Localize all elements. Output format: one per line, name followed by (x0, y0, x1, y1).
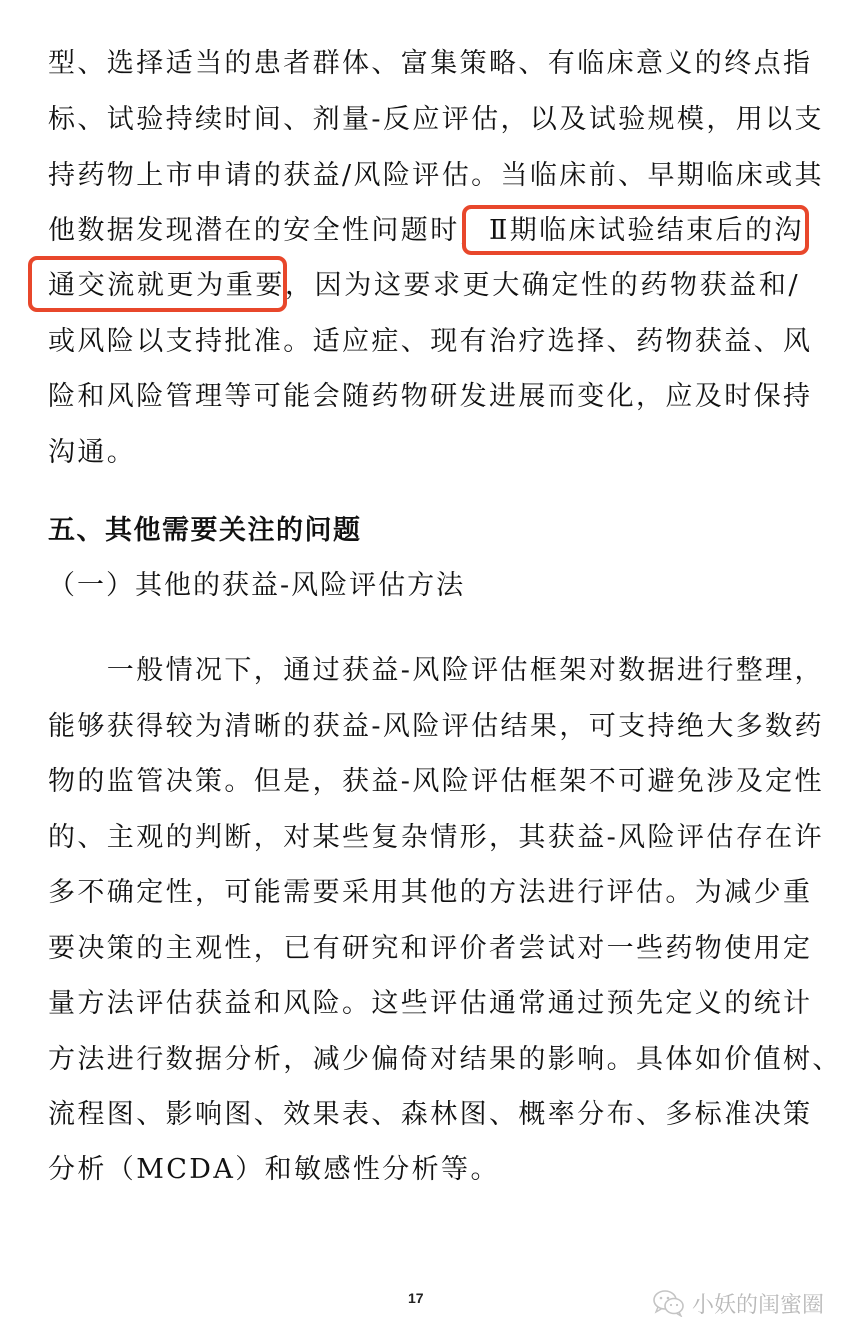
body-text-line: 通交流就更为重要，因为这要求更大确定性的药物获益和/ (48, 266, 800, 306)
body-text-line: 标、试验持续时间、剂量-反应评估，以及试验规模，用以支 (48, 100, 800, 140)
body-text-line: 物的监管决策。但是，获益-风险评估框架不可避免涉及定性 (48, 762, 800, 802)
page-number: 17 (408, 1290, 424, 1306)
body-text-line: 他数据发现潜在的安全性问题时，Ⅱ期临床试验结束后的沟 (48, 211, 800, 251)
body-text-line: 持药物上市申请的获益/风险评估。当临床前、早期临床或其 (48, 156, 800, 196)
section-heading: 五、其他需要关注的问题 (48, 511, 362, 551)
body-text-line: 的、主观的判断，对某些复杂情形，其获益-风险评估存在许 (48, 818, 800, 858)
body-text-line: 分析（MCDA）和敏感性分析等。 (48, 1150, 800, 1190)
subsection-heading: （一）其他的获益-风险评估方法 (48, 566, 465, 606)
watermark: 小妖的闺蜜圈 (652, 1288, 824, 1318)
body-text-line: 型、选择适当的患者群体、富集策略、有临床意义的终点指 (48, 44, 800, 84)
body-text-line: 或风险以支持批准。适应症、现有治疗选择、药物获益、风 (48, 322, 800, 362)
body-text-line: 多不确定性，可能需要采用其他的方法进行评估。为减少重 (48, 873, 800, 913)
body-text-line: 要决策的主观性，已有研究和评价者尝试对一些药物使用定 (48, 929, 800, 969)
body-text-line: 流程图、影响图、效果表、森林图、概率分布、多标准决策 (48, 1095, 800, 1135)
watermark-text: 小妖的闺蜜圈 (692, 1288, 824, 1319)
wechat-icon (652, 1289, 686, 1317)
body-text-line: 量方法评估获益和风险。这些评估通常通过预先定义的统计 (48, 984, 800, 1024)
body-text-line: 沟通。 (48, 433, 800, 473)
body-text-line: 险和风险管理等可能会随药物研发进展而变化，应及时保持 (48, 377, 800, 417)
body-text-line: 方法进行数据分析，减少偏倚对结果的影响。具体如价值树、 (48, 1040, 800, 1080)
body-text-line: 一般情况下，通过获益-风险评估框架对数据进行整理， (48, 651, 800, 691)
body-text-line: 能够获得较为清晰的获益-风险评估结果，可支持绝大多数药 (48, 707, 800, 747)
